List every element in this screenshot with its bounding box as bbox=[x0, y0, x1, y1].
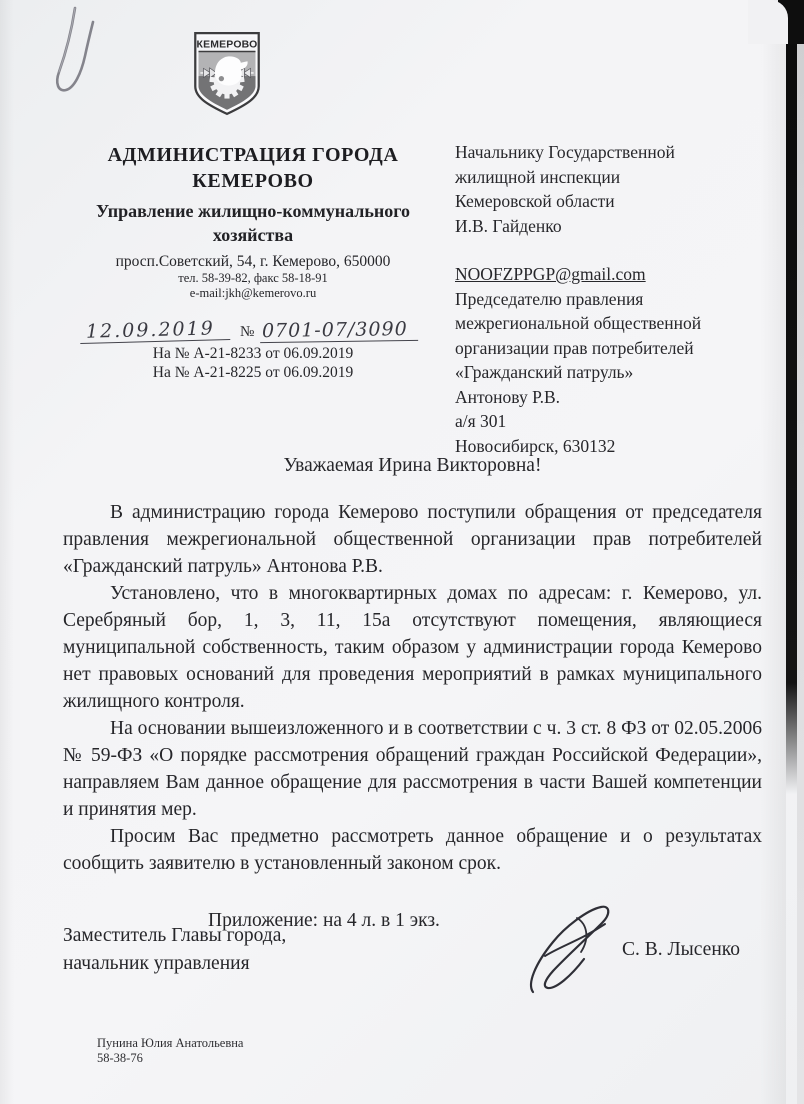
date-number-row: 12.09.2019 № 0701-07/3090 bbox=[80, 314, 448, 342]
paper-rounded-corner bbox=[748, 0, 788, 44]
recipient2-line1: Председателю правления bbox=[455, 287, 760, 312]
executor-name: Пунина Юлия Анатольевна bbox=[97, 1036, 243, 1051]
number-sign: № bbox=[240, 324, 254, 341]
scanned-letter-page: КЕМЕРОВО АДМИНИСТРАЦИЯ ГОРОДА КЕМЕРОВО У… bbox=[0, 0, 804, 1104]
paragraph-1: В администрацию города Кемерово поступил… bbox=[63, 499, 762, 580]
reference-line-2: На № А-21-8225 от 06.09.2019 bbox=[58, 364, 448, 383]
scan-right-shadow bbox=[760, 0, 786, 1104]
org-name-line1: АДМИНИСТРАЦИЯ ГОРОДА bbox=[58, 142, 448, 168]
salutation: Уважаемая Ирина Викторовна! bbox=[63, 452, 762, 479]
paragraph-2: Установлено, что в многоквартирных домах… bbox=[63, 580, 762, 715]
scan-left-shade bbox=[0, 0, 14, 1104]
recipient2-line2: межрегиональной общественной bbox=[455, 311, 760, 336]
signer-name: С. В. Лысенко bbox=[622, 936, 740, 964]
recipient2-line5: Антонову Р.В. bbox=[455, 385, 760, 410]
org-name-line2: КЕМЕРОВО bbox=[58, 168, 448, 194]
emblem-label: КЕМЕРОВО bbox=[197, 40, 258, 51]
reference-lines: На № А-21-8233 от 06.09.2019 На № А-21-8… bbox=[58, 345, 448, 382]
recipient1-line4: И.В. Гайденко bbox=[455, 214, 760, 239]
scan-edge-light bbox=[797, 44, 804, 1104]
paragraph-3: На основании вышеизложенного и в соответ… bbox=[63, 715, 762, 823]
org-phone: тел. 58-39-82, факс 58-18-91 bbox=[58, 271, 448, 286]
scanner-background-strip bbox=[786, 0, 797, 794]
handwritten-date: 12.09.2019 bbox=[80, 317, 231, 344]
recipient2-line4: «Гражданский патруль» bbox=[455, 360, 760, 385]
paragraph-4: Просим Вас предметно рассмотреть данное … bbox=[63, 823, 762, 877]
org-address: просп.Советский, 54, г. Кемерово, 650000 bbox=[58, 252, 448, 271]
letter-body: Уважаемая Ирина Викторовна! В администра… bbox=[63, 452, 762, 934]
org-email: e-mail:jkh@kemerovo.ru bbox=[58, 286, 448, 301]
executor-phone: 58-38-76 bbox=[97, 1051, 243, 1066]
recipient2-line6: а/я 301 bbox=[455, 409, 760, 434]
executor-block: Пунина Юлия Анатольевна 58-38-76 bbox=[97, 1036, 243, 1066]
signature-block: Заместитель Главы города, начальник упра… bbox=[63, 922, 762, 978]
recipient1-line1: Начальнику Государственной bbox=[455, 140, 760, 165]
recipient1-line2: жилищной инспекции bbox=[455, 165, 760, 190]
recipient2-line3: организации прав потребителей bbox=[455, 336, 760, 361]
department-line1: Управление жилищно-коммунального bbox=[58, 199, 448, 223]
recipient1-line3: Кемеровской области bbox=[455, 189, 760, 214]
reference-line-1: На № А-21-8233 от 06.09.2019 bbox=[58, 345, 448, 364]
recipient-email: NOOFZPPGP@gmail.com bbox=[455, 262, 760, 287]
handwritten-number: 0701-07/3090 bbox=[260, 318, 418, 343]
letterhead: АДМИНИСТРАЦИЯ ГОРОДА КЕМЕРОВО Управление… bbox=[58, 142, 448, 382]
paperclip-icon bbox=[28, 0, 118, 105]
department-line2: хозяйства bbox=[58, 223, 448, 247]
kemerovo-coat-of-arms: КЕМЕРОВО bbox=[191, 30, 263, 118]
recipient-block: Начальнику Государственной жилищной инсп… bbox=[455, 140, 760, 458]
